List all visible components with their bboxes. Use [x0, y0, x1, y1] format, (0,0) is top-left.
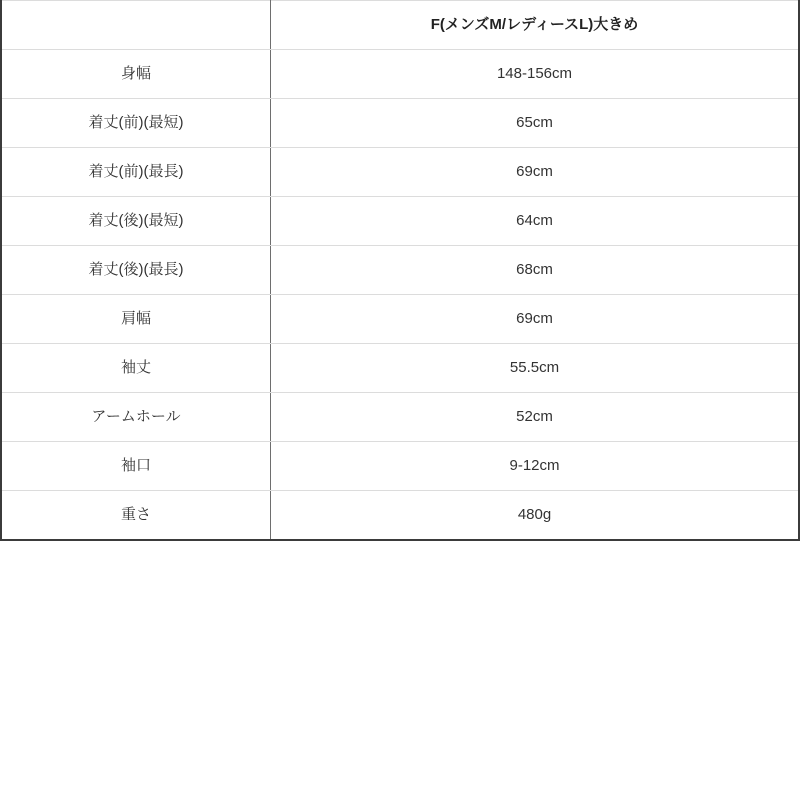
table-row: 着丈(後)(最長)68cm: [1, 246, 799, 295]
measurement-label: 着丈(前)(最長): [1, 148, 271, 197]
measurement-label: アームホール: [1, 393, 271, 442]
table-row: 重さ480g: [1, 491, 799, 541]
size-chart-body: 身幅148-156cm着丈(前)(最短)65cm着丈(前)(最長)69cm着丈(…: [1, 50, 799, 541]
measurement-label: 身幅: [1, 50, 271, 99]
measurement-label: 着丈(前)(最短): [1, 99, 271, 148]
measurement-label: 着丈(後)(最長): [1, 246, 271, 295]
table-row: 身幅148-156cm: [1, 50, 799, 99]
measurement-label: 袖口: [1, 442, 271, 491]
page: F(メンズM/レディースL)大きめ 身幅148-156cm着丈(前)(最短)65…: [0, 0, 800, 800]
measurement-value: 55.5cm: [271, 344, 800, 393]
measurement-label: 重さ: [1, 491, 271, 541]
measurement-value: 52cm: [271, 393, 800, 442]
measurement-label: 袖丈: [1, 344, 271, 393]
measurement-value: 148-156cm: [271, 50, 800, 99]
header-row: F(メンズM/レディースL)大きめ: [1, 1, 799, 50]
table-row: アームホール52cm: [1, 393, 799, 442]
measurement-value: 64cm: [271, 197, 800, 246]
measurement-value: 9-12cm: [271, 442, 800, 491]
size-chart-header: F(メンズM/レディースL)大きめ: [1, 1, 799, 50]
measurement-label: 着丈(後)(最短): [1, 197, 271, 246]
measurement-value: 480g: [271, 491, 800, 541]
size-chart-table: F(メンズM/レディースL)大きめ 身幅148-156cm着丈(前)(最短)65…: [0, 0, 800, 541]
table-row: 着丈(前)(最短)65cm: [1, 99, 799, 148]
measurement-value: 69cm: [271, 295, 800, 344]
measurement-value: 68cm: [271, 246, 800, 295]
measurement-value: 69cm: [271, 148, 800, 197]
size-column-header: F(メンズM/レディースL)大きめ: [271, 1, 800, 50]
table-row: 着丈(後)(最短)64cm: [1, 197, 799, 246]
corner-cell: [1, 1, 271, 50]
table-row: 着丈(前)(最長)69cm: [1, 148, 799, 197]
measurement-value: 65cm: [271, 99, 800, 148]
table-row: 肩幅69cm: [1, 295, 799, 344]
measurement-label: 肩幅: [1, 295, 271, 344]
table-row: 袖口9-12cm: [1, 442, 799, 491]
table-row: 袖丈55.5cm: [1, 344, 799, 393]
